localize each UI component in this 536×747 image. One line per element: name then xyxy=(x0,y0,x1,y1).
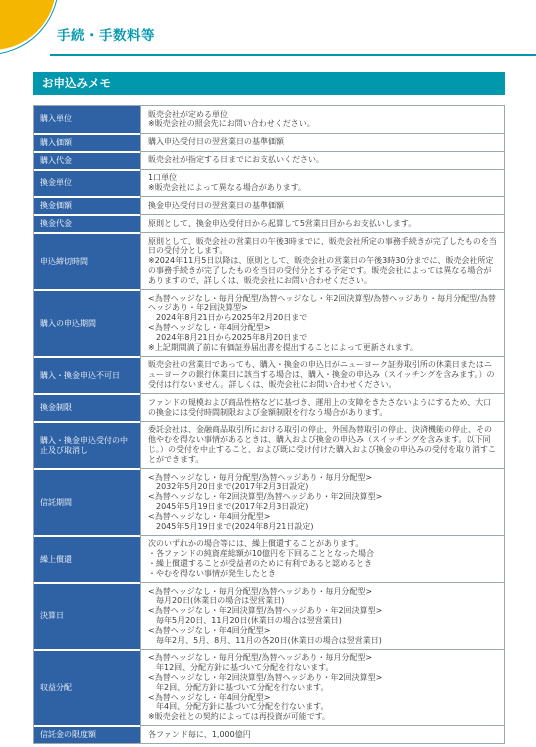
table-row: 決算日 <為替ヘッジなし・毎月分配型/為替ヘッジあり・毎月分配型> 毎月20日(… xyxy=(34,582,504,649)
row-label: 換金代金 xyxy=(34,214,140,232)
row-content: 換金申込受付日の翌営業日の基準価額 xyxy=(140,196,504,214)
row-content: <為替ヘッジなし・毎月分配型/為替ヘッジあり・毎月分配型> 毎月20日(休業日の… xyxy=(140,582,504,649)
table-row: 換金代金 原則として、換金申込受付日から起算して5営業日目からお支払いします。 xyxy=(34,214,504,232)
row-label: 換金単位 xyxy=(34,169,140,197)
row-label: 購入価額 xyxy=(34,133,140,151)
row-content: 次のいずれかの場合等には、繰上償還することがあります。 ・各ファンドの純資産総額… xyxy=(140,535,504,582)
row-label: 購入代金 xyxy=(34,151,140,169)
row-label: 購入・換金申込受付の中止及び取消し xyxy=(34,421,140,468)
row-content: 各ファンド毎に、1,000億円 xyxy=(140,725,504,743)
table-row: 信託期間 <為替ヘッジなし・毎月分配型/為替ヘッジあり・毎月分配型> 2032年… xyxy=(34,468,504,535)
page-title: 手続・手数料等 xyxy=(57,24,155,44)
page-root: { "page": { "title": "手続・手数料等", "section… xyxy=(0,0,536,747)
row-content: <為替ヘッジなし・毎月分配型/為替ヘッジなし・年2回決算型/為替ヘッジあり・毎月… xyxy=(140,289,504,356)
row-label: 換金価額 xyxy=(34,196,140,214)
section-header-label: お申込みメモ xyxy=(42,76,111,90)
table-row: 購入・換金申込受付の中止及び取消し 委託会社は、金融商品取引所における取引の停止… xyxy=(34,421,504,468)
table-row: 購入の申込期間 <為替ヘッジなし・毎月分配型/為替ヘッジなし・年2回決算型/為替… xyxy=(34,289,504,356)
row-label: 申込締切時間 xyxy=(34,232,140,289)
row-label: 換金制限 xyxy=(34,393,140,421)
title-underline xyxy=(50,54,536,56)
row-content: <為替ヘッジなし・毎月分配型/為替ヘッジあり・毎月分配型> 2032年5月20日… xyxy=(140,468,504,535)
row-label: 購入の申込期間 xyxy=(34,289,140,356)
section-header: お申込みメモ xyxy=(33,72,505,95)
row-label: 決算日 xyxy=(34,582,140,649)
row-label: 信託金の限度額 xyxy=(34,725,140,743)
memo-table: 購入単位 販売会社が定める単位 ※販売会社の照会先にお問い合わせください。 購入… xyxy=(33,105,505,744)
table-row: 信託金の限度額 各ファンド毎に、1,000億円 xyxy=(34,725,504,743)
table-row: 購入単位 販売会社が定める単位 ※販売会社の照会先にお問い合わせください。 xyxy=(34,106,504,133)
row-content: 1口単位 ※販売会社によって異なる場合があります。 xyxy=(140,169,504,197)
row-label: 繰上償還 xyxy=(34,535,140,582)
row-content: 販売会社が定める単位 ※販売会社の照会先にお問い合わせください。 xyxy=(140,106,504,133)
content-area: お申込みメモ 購入単位 販売会社が定める単位 ※販売会社の照会先にお問い合わせく… xyxy=(33,72,505,744)
row-label: 信託期間 xyxy=(34,468,140,535)
row-content: 販売会社の営業日であっても、購入・換金の申込日がニューヨーク証券取引所の休業日ま… xyxy=(140,356,504,393)
row-content: 原則として、換金申込受付日から起算して5営業日目からお支払いします。 xyxy=(140,214,504,232)
row-content: 委託会社は、金融商品取引所における取引の停止、外国為替取引の停止、決済機能の停止… xyxy=(140,421,504,468)
table-row: 購入代金 販売会社が指定する日までにお支払いください。 xyxy=(34,151,504,169)
row-label: 購入単位 xyxy=(34,106,140,133)
table-row: 申込締切時間 原則として、販売会社の営業日の午後3時までに、販売会社所定の事務手… xyxy=(34,232,504,289)
row-content: 販売会社が指定する日までにお支払いください。 xyxy=(140,151,504,169)
table-row: 購入・換金申込不可日 販売会社の営業日であっても、購入・換金の申込日がニューヨー… xyxy=(34,356,504,393)
table-row: 換金価額 換金申込受付日の翌営業日の基準価額 xyxy=(34,196,504,214)
table-row: 換金制限 ファンドの規模および商品性格などに基づき、運用上の支障をきたさないよう… xyxy=(34,393,504,421)
row-content: ファンドの規模および商品性格などに基づき、運用上の支障をきたさないようにするため… xyxy=(140,393,504,421)
table-row: 購入価額 購入申込受付日の翌営業日の基準価額 xyxy=(34,133,504,151)
table-row: 換金単位 1口単位 ※販売会社によって異なる場合があります。 xyxy=(34,169,504,197)
row-content: 原則として、販売会社の営業日の午後3時までに、販売会社所定の事務手続きが完了した… xyxy=(140,232,504,289)
row-label: 収益分配 xyxy=(34,649,140,726)
row-content: 購入申込受付日の翌営業日の基準価額 xyxy=(140,133,504,151)
table-row: 収益分配 <為替ヘッジなし・毎月分配型/為替ヘッジあり・毎月分配型> 年12回、… xyxy=(34,649,504,726)
row-label: 購入・換金申込不可日 xyxy=(34,356,140,393)
row-content: <為替ヘッジなし・毎月分配型/為替ヘッジあり・毎月分配型> 年12回、分配方針に… xyxy=(140,649,504,726)
table-row: 繰上償還 次のいずれかの場合等には、繰上償還することがあります。 ・各ファンドの… xyxy=(34,535,504,582)
